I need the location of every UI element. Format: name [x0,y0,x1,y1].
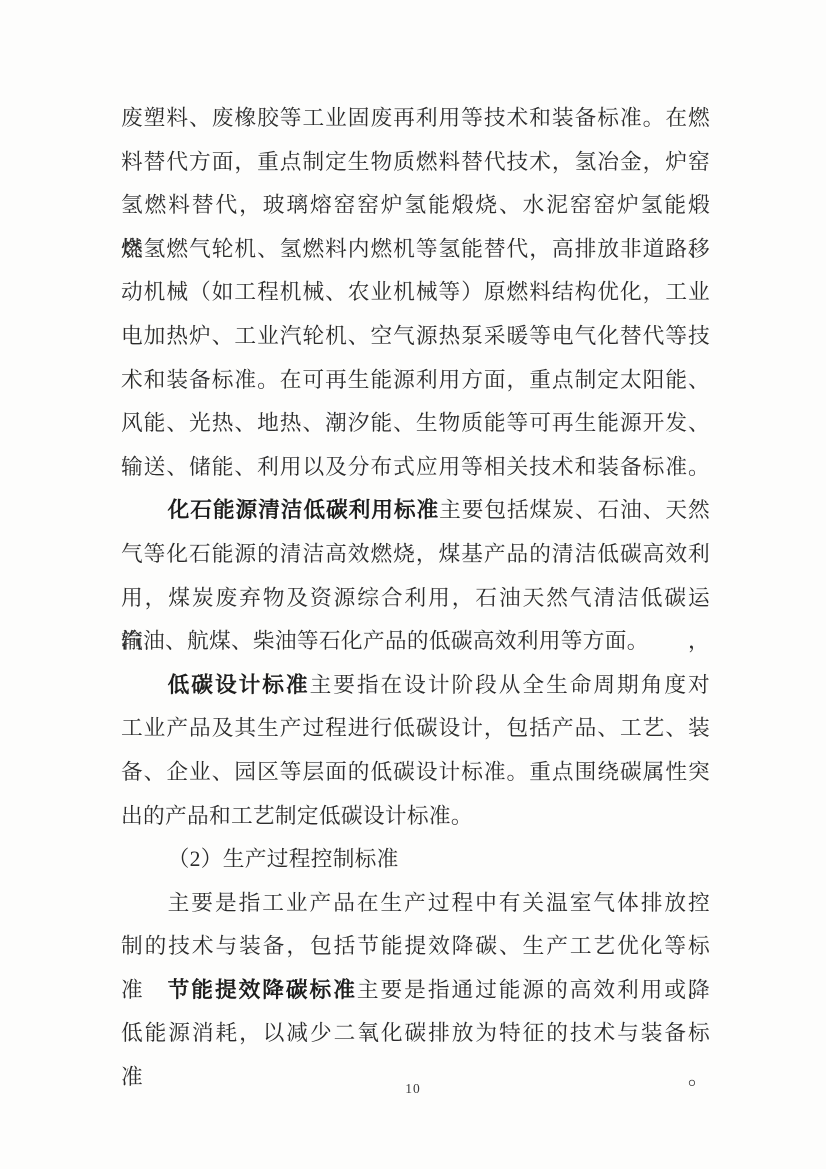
text-line: 化石能源清洁低碳利用标准主要包括煤炭、石油、天然 [121,489,710,533]
body-text: 电加热炉、工业汽轮机、空气源热泵采暖等电气化替代等技 [121,324,710,348]
body-text: 主要包括煤炭、石油、天然 [439,498,710,522]
text-line: 低能源消耗，以减少二氧化碳排放为特征的技术与装备标准。 [121,1012,710,1056]
body-text: 燃氢燃气轮机、氢燃料内燃机等氢能替代，高排放非道路移 [121,237,710,261]
bold-term: 节能提效降碳标准 [168,978,357,1002]
text-line: 节能提效降碳标准主要是指通过能源的高效利用或降 [121,969,710,1013]
text-line: 制的技术与装备，包括节能提效降碳、生产工艺优化等标准。 [121,925,710,969]
body-text: 风能、光热、地热、潮汐能、生物质能等可再生能源开发、 [121,411,710,435]
body-text: 术和装备标准。在可再生能源利用方面，重点制定太阳能、 [121,368,710,392]
body-text: 主要指在设计阶段从全生命周期角度对 [310,673,710,697]
text-line: 备、企业、园区等层面的低碳设计标准。重点围绕碳属性突 [121,751,710,795]
text-line: 氢燃料替代，玻璃熔窑窑炉氢能煅烧、水泥窑窑炉氢能煅烧、 [121,184,710,228]
text-line: 输送、储能、利用以及分布式应用等相关技术和装备标准。 [121,446,710,490]
text-block: 废塑料、废橡胶等工业固废再利用等技术和装备标准。在燃料替代方面，重点制定生物质燃… [121,97,710,1056]
body-text: 料替代方面，重点制定生物质燃料替代技术，氢冶金，炉窑 [121,150,710,174]
text-line: 动机械（如工程机械、农业机械等）原燃料结构优化，工业 [121,271,710,315]
text-line: 风能、光热、地热、潮汐能、生物质能等可再生能源开发、 [121,402,710,446]
body-text: 出的产品和工艺制定低碳设计标准。 [121,804,473,828]
text-line: 汽油、航煤、柴油等石化产品的低碳高效利用等方面。 [121,620,710,664]
body-text: 废塑料、废橡胶等工业固废再利用等技术和装备标准。在燃 [121,106,710,130]
body-text: 主要是指通过能源的高效利用或降 [357,978,710,1002]
body-text: 气等化石能源的清洁高效燃烧，煤基产品的清洁低碳高效利 [121,542,710,566]
text-line: 气等化石能源的清洁高效燃烧，煤基产品的清洁低碳高效利 [121,533,710,577]
page-number: 10 [0,1081,826,1097]
body-text: 工业产品及其生产过程进行低碳设计，包括产品、工艺、装 [121,716,710,740]
text-line: 燃氢燃气轮机、氢燃料内燃机等氢能替代，高排放非道路移 [121,228,710,272]
text-line: 主要是指工业产品在生产过程中有关温室气体排放控 [121,882,710,926]
text-line: （2）生产过程控制标准 [121,838,710,882]
body-text: 主要是指工业产品在生产过程中有关温室气体排放控 [168,891,710,915]
body-text: 输送、储能、利用以及分布式应用等相关技术和装备标准。 [121,455,710,479]
document-page: 废塑料、废橡胶等工业固废再利用等技术和装备标准。在燃料替代方面，重点制定生物质燃… [0,0,826,1169]
body-text: 低能源消耗，以减少二氧化碳排放为特征的技术与装备标准。 [121,1021,710,1089]
text-line: 电加热炉、工业汽轮机、空气源热泵采暖等电气化替代等技 [121,315,710,359]
body-text: 动机械（如工程机械、农业机械等）原燃料结构优化，工业 [121,280,710,304]
text-line: 废塑料、废橡胶等工业固废再利用等技术和装备标准。在燃 [121,97,710,141]
text-line: 出的产品和工艺制定低碳设计标准。 [121,795,710,839]
body-text: （2）生产过程控制标准 [168,847,399,871]
body-text: 汽油、航煤、柴油等石化产品的低碳高效利用等方面。 [121,629,649,653]
text-line: 术和装备标准。在可再生能源利用方面，重点制定太阳能、 [121,359,710,403]
bold-term: 低碳设计标准 [168,673,310,697]
text-line: 低碳设计标准主要指在设计阶段从全生命周期角度对 [121,664,710,708]
body-text: 备、企业、园区等层面的低碳设计标准。重点围绕碳属性突 [121,760,710,784]
text-line: 工业产品及其生产过程进行低碳设计，包括产品、工艺、装 [121,707,710,751]
bold-term: 化石能源清洁低碳利用标准 [168,498,440,522]
text-line: 用，煤炭废弃物及资源综合利用，石油天然气清洁低碳运输， [121,577,710,621]
text-line: 料替代方面，重点制定生物质燃料替代技术，氢冶金，炉窑 [121,141,710,185]
